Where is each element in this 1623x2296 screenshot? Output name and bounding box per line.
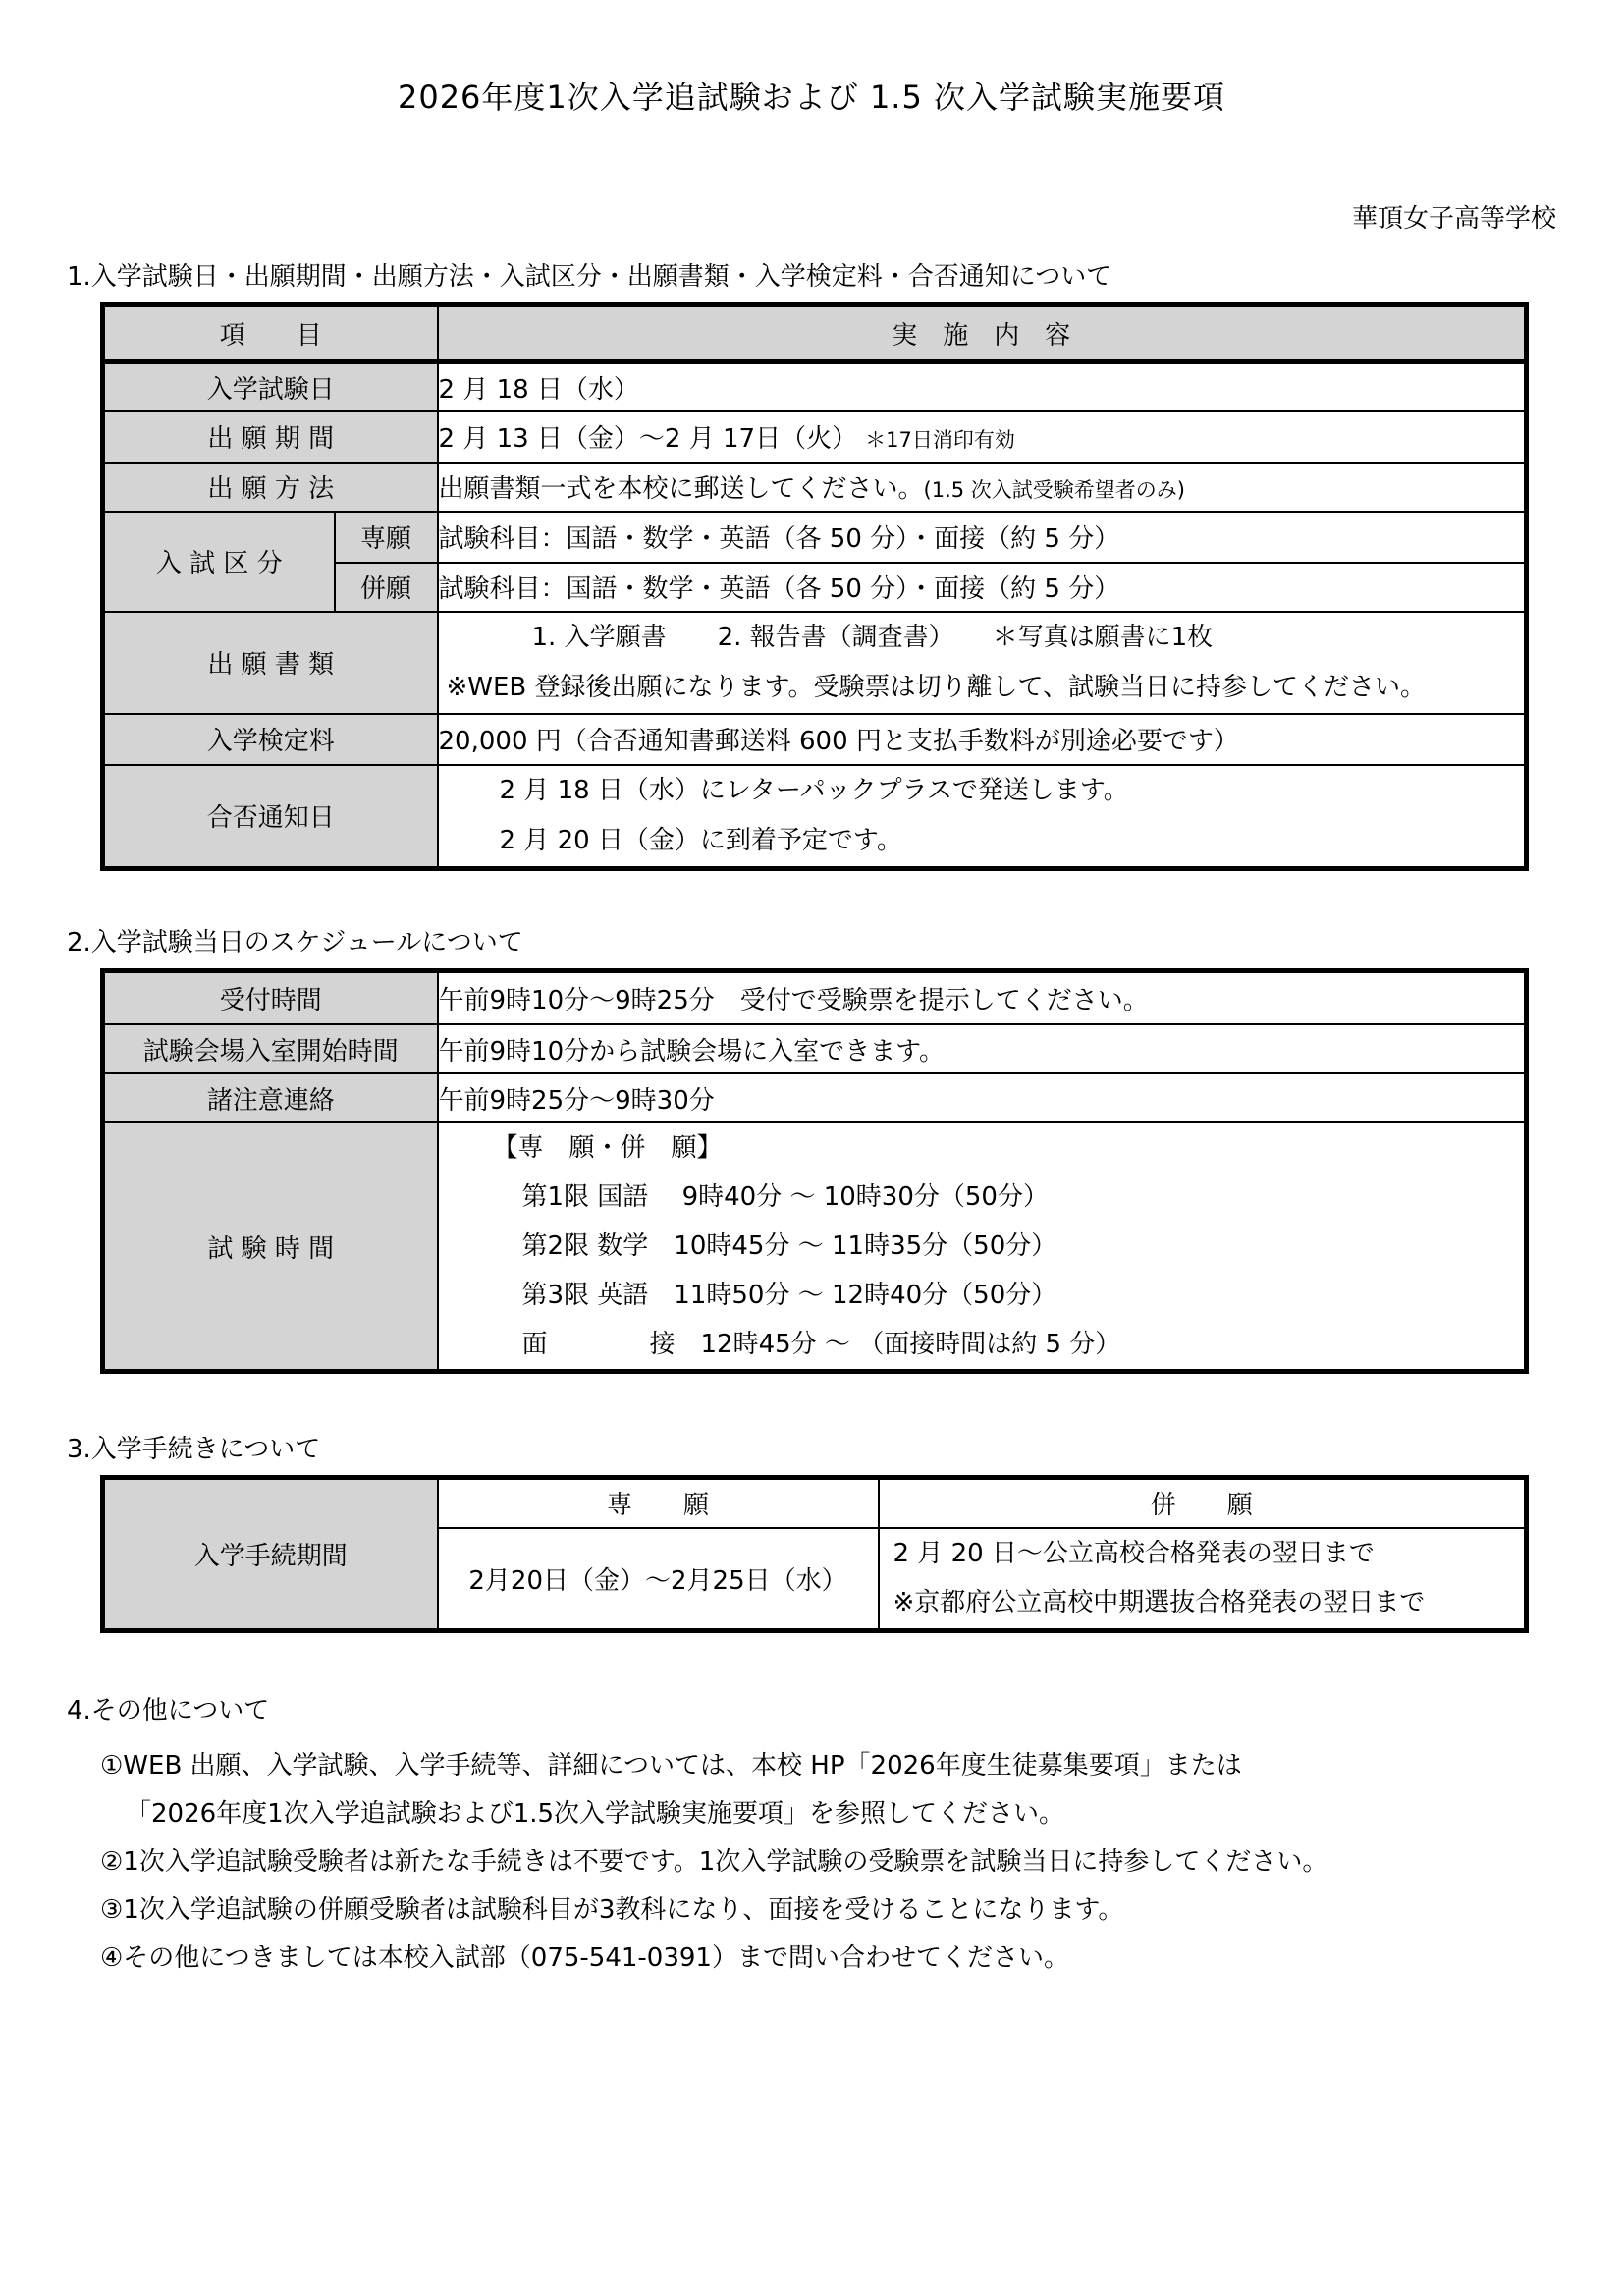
note-item-1-line1: ①WEB 出願、入学試験、入学手続等、詳細については、本校 HP「2026年度生…	[67, 1742, 1556, 1790]
sen-period-value: 2月20日（金）～2月25日（水）	[438, 1528, 879, 1631]
fee-value: 20,000 円（合否通知書郵送料 600 円と支払手数料が別途必要です）	[438, 714, 1527, 765]
application-method-value: 出願書類一式を本校に郵送してください。(1.5 次入試受験希望者のみ)	[438, 463, 1527, 512]
method-text: 出願書類一式を本校に郵送してください。	[439, 474, 924, 504]
exam-category-label: 入 試 区 分	[103, 512, 335, 612]
section3-heading: 3.入学手続きについて	[67, 1429, 1556, 1465]
category-sen-value: 試験科目：国語・数学・英語（各 50 分）・面接（約 5 分）	[438, 512, 1527, 563]
exam-date-value: 2 月 18 日（水）	[438, 362, 1527, 411]
table-row: 入 試 区 分 専願 試験科目：国語・数学・英語（各 50 分）・面接（約 5 …	[103, 512, 1527, 563]
category-hei-value: 試験科目：国語・数学・英語（各 50 分）・面接（約 5 分）	[438, 563, 1527, 612]
table-row: 試 験 時 間 【専 願・併 願】 第1限 国語 9時40分 ～ 10時30分（…	[103, 1122, 1527, 1372]
school-name: 華頂女子高等学校	[67, 198, 1556, 235]
documents-label: 出 願 書 類	[103, 612, 438, 714]
table-row: 入学検定料 20,000 円（合否通知書郵送料 600 円と支払手数料が別途必要…	[103, 714, 1527, 765]
procedure-period-label: 入学手続期間	[103, 1478, 438, 1631]
period-note: ＊17日消印有効	[844, 428, 1015, 452]
notes-value: 午前9時25分～9時30分	[438, 1073, 1527, 1122]
notification-line1: 2 月 18 日（水）にレターパックプラスで発送します。	[439, 766, 1525, 816]
application-method-label: 出 願 方 法	[103, 463, 438, 512]
table-row: 合否通知日 2 月 18 日（水）にレターパックプラスで発送します。 2 月 2…	[103, 765, 1527, 869]
notification-value: 2 月 18 日（水）にレターパックプラスで発送します。 2 月 20 日（金）…	[438, 765, 1527, 869]
table-row: 出 願 書 類 1. 入学願書 2. 報告書（調査書） ＊写真は願書に1枚 ※W…	[103, 612, 1527, 714]
note-item-4: ④その他につきましては本校入試部（075-541-0391）まで問い合わせてくだ…	[67, 1935, 1556, 1983]
note-item-3: ③1次入学追試験の併願受験者は試験科目が3教科になり、面接を受けることになります…	[67, 1886, 1556, 1935]
hei-period-line1: 2 月 20 日～公立高校合格発表の翌日まで	[880, 1529, 1525, 1578]
period-text: 2 月 13 日（金）～2 月 17日（火）	[439, 424, 845, 454]
note-item-1-line2: 「2026年度1次入学追試験および1.5次入学試験実施要項」を参照してください。	[67, 1790, 1556, 1838]
table-row: 出 願 期 間 2 月 13 日（金）～2 月 17日（火） ＊17日消印有効	[103, 411, 1527, 463]
table-row: 諸注意連絡 午前9時25分～9時30分	[103, 1073, 1527, 1122]
notification-line2: 2 月 20 日（金）に到着予定です。	[439, 816, 1525, 866]
notification-label: 合否通知日	[103, 765, 438, 869]
document-page: 2026年度1次入学追試験および 1.5 次入学試験実施要項 華頂女子高等学校 …	[0, 0, 1623, 2296]
documents-line1: 1. 入学願書 2. 報告書（調査書） ＊写真は願書に1枚	[439, 613, 1525, 663]
other-notes-list: ①WEB 出願、入学試験、入学手続等、詳細については、本校 HP「2026年度生…	[67, 1742, 1556, 1983]
schedule-line-interview: 面 接 12時45分 ～ （面接時間は約 5 分）	[439, 1320, 1525, 1369]
application-period-label: 出 願 期 間	[103, 411, 438, 463]
note-item-2: ②1次入学追試験受験者は新たな手続きは不要です。1次入学試験の受験票を試験当日に…	[67, 1838, 1556, 1886]
documents-line2: ※WEB 登録後出願になります。受験票は切り離して、試験当日に持参してください。	[439, 663, 1525, 713]
exam-time-value: 【専 願・併 願】 第1限 国語 9時40分 ～ 10時30分（50分） 第2限…	[438, 1122, 1527, 1372]
exam-time-label: 試 験 時 間	[103, 1122, 438, 1372]
hei-column-header: 併 願	[879, 1478, 1527, 1528]
documents-value: 1. 入学願書 2. 報告書（調査書） ＊写真は願書に1枚 ※WEB 登録後出願…	[438, 612, 1527, 714]
enrollment-procedure-table: 入学手続期間 専 願 併 願 2月20日（金）～2月25日（水） 2 月 20 …	[100, 1475, 1529, 1633]
hei-period-line2: ※京都府公立高校中期選抜合格発表の翌日まで	[880, 1578, 1525, 1627]
hei-period-value: 2 月 20 日～公立高校合格発表の翌日まで ※京都府公立高校中期選抜合格発表の…	[879, 1528, 1527, 1631]
table-header-row: 項 目 実 施 内 容	[103, 305, 1527, 362]
exam-date-label: 入学試験日	[103, 362, 438, 411]
table-row: 受付時間 午前9時10分～9時25分 受付で受験票を提示してください。	[103, 970, 1527, 1024]
schedule-line-period3: 第3限 英語 11時50分 ～ 12時40分（50分）	[439, 1271, 1525, 1320]
table-row: 試験会場入室開始時間 午前9時10分から試験会場に入室できます。	[103, 1024, 1527, 1073]
reception-label: 受付時間	[103, 970, 438, 1024]
table-row: 出 願 方 法 出願書類一式を本校に郵送してください。(1.5 次入試受験希望者…	[103, 463, 1527, 512]
section2-heading: 2.入学試験当日のスケジュールについて	[67, 922, 1556, 958]
sen-column-header: 専 願	[438, 1478, 879, 1528]
schedule-line-period2: 第2限 数学 10時45分 ～ 11時35分（50分）	[439, 1222, 1525, 1271]
header-item-cell: 項 目	[103, 305, 438, 362]
category-hei-label: 併願	[335, 563, 438, 612]
notes-label: 諸注意連絡	[103, 1073, 438, 1122]
entry-label: 試験会場入室開始時間	[103, 1024, 438, 1073]
header-content-cell: 実 施 内 容	[438, 305, 1527, 362]
entry-value: 午前9時10分から試験会場に入室できます。	[438, 1024, 1527, 1073]
schedule-line-period1: 第1限 国語 9時40分 ～ 10時30分（50分）	[439, 1173, 1525, 1222]
table-row: 入学手続期間 専 願 併 願	[103, 1478, 1527, 1528]
page-title: 2026年度1次入学追試験および 1.5 次入学試験実施要項	[67, 0, 1556, 118]
fee-label: 入学検定料	[103, 714, 438, 765]
table-row: 入学試験日 2 月 18 日（水）	[103, 362, 1527, 411]
exam-overview-table: 項 目 実 施 内 容 入学試験日 2 月 18 日（水） 出 願 期 間 2 …	[100, 302, 1529, 871]
category-sen-label: 専願	[335, 512, 438, 563]
application-period-value: 2 月 13 日（金）～2 月 17日（火） ＊17日消印有効	[438, 411, 1527, 463]
section4-heading: 4.その他について	[67, 1690, 1556, 1726]
section1-heading: 1.入学試験日・出願期間・出願方法・入試区分・出願書類・入学検定料・合否通知につ…	[67, 256, 1556, 293]
schedule-table: 受付時間 午前9時10分～9時25分 受付で受験票を提示してください。 試験会場…	[100, 968, 1529, 1375]
schedule-line-header: 【専 願・併 願】	[439, 1123, 1525, 1173]
method-note: (1.5 次入試受験希望者のみ)	[924, 478, 1185, 502]
reception-value: 午前9時10分～9時25分 受付で受験票を提示してください。	[438, 970, 1527, 1024]
